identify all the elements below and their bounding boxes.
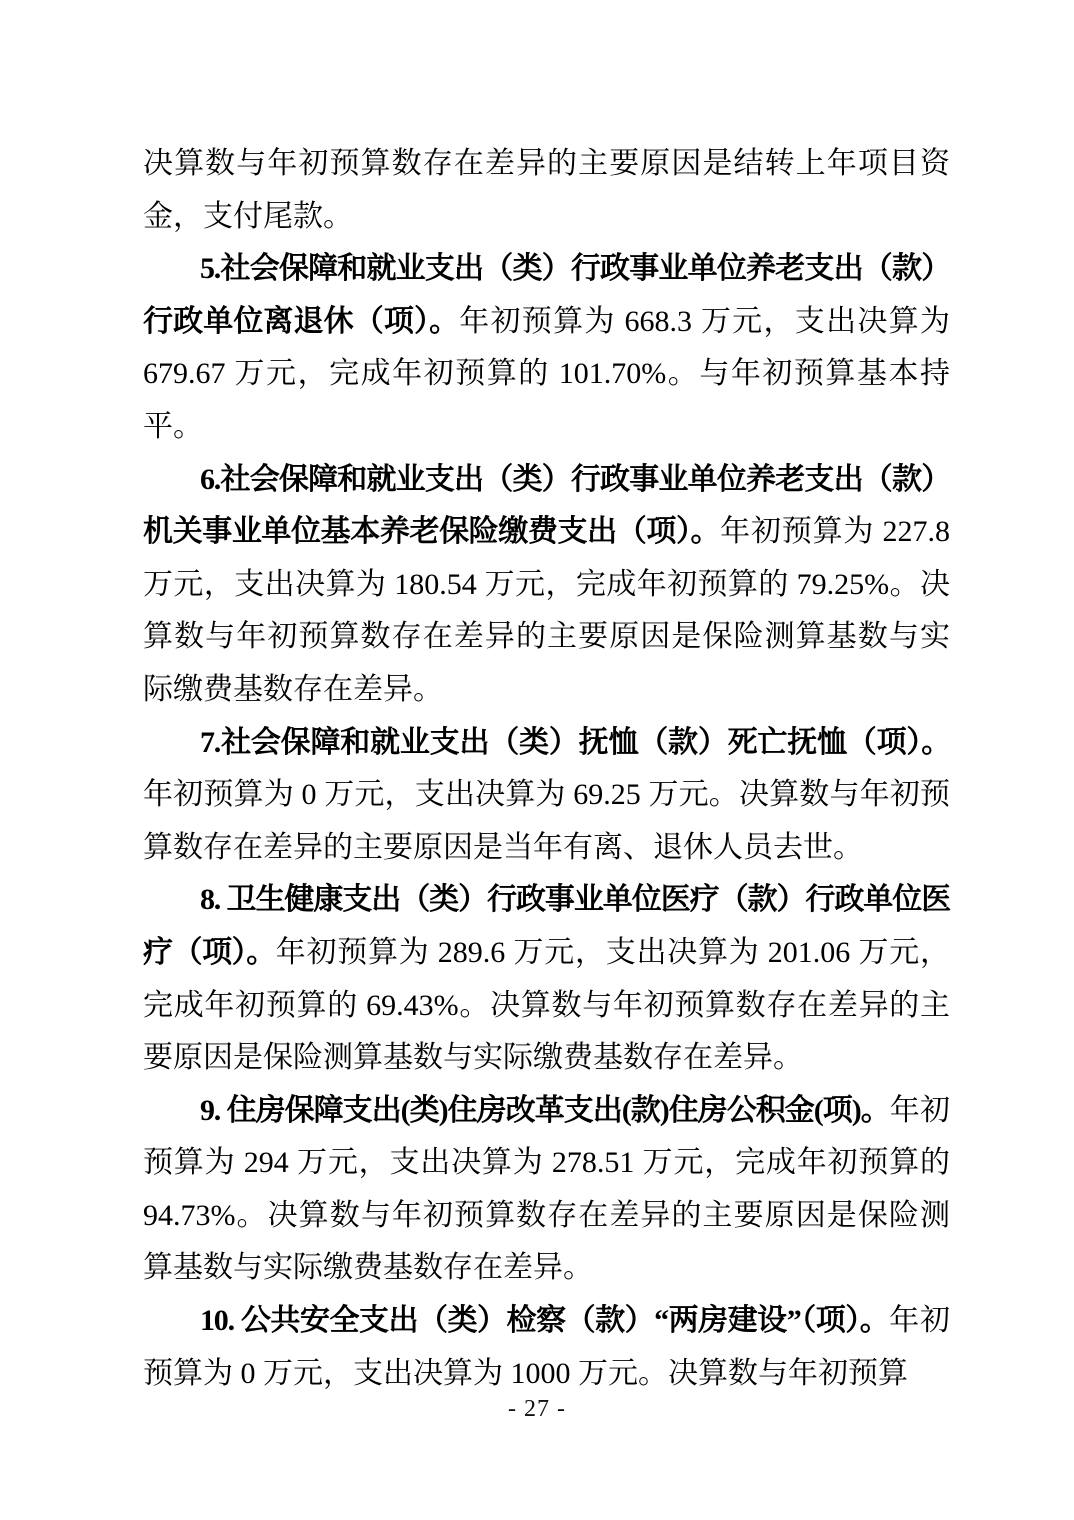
- paragraph-item-9: 9. 住房保障支出(类)住房改革支出(款)住房公积金(项)。年初预算为 294 …: [143, 1085, 950, 1295]
- paragraph-item-7: 7.社会保障和就业支出（类）抚恤（款）死亡抚恤（项）。年初预算为 0 万元，支出…: [143, 717, 950, 875]
- paragraph-item-10: 10. 公共安全支出（类）检察（款）“两房建设”（项）。年初预算为 0 万元，支…: [143, 1295, 950, 1400]
- section-heading-7: 7.社会保障和就业支出（类）抚恤（款）死亡抚恤（项）。: [200, 726, 950, 759]
- section-heading-10: 10. 公共安全支出（类）检察（款）“两房建设”（项）。: [200, 1304, 889, 1337]
- paragraph-item-8: 8. 卫生健康支出（类）行政事业单位医疗（款）行政单位医疗（项）。年初预算为 2…: [143, 874, 950, 1084]
- page-body-text: 决算数与年初预算数存在差异的主要原因是结转上年项目资金，支付尾款。 5.社会保障…: [143, 138, 950, 1400]
- document-page: 决算数与年初预算数存在差异的主要原因是结转上年项目资金，支付尾款。 5.社会保障…: [0, 0, 1074, 1520]
- page-number: - 27 -: [0, 1396, 1074, 1423]
- paragraph-item-6: 6.社会保障和就业支出（类）行政事业单位养老支出（款）机关事业单位基本养老保险缴…: [143, 454, 950, 717]
- paragraph-continuation: 决算数与年初预算数存在差异的主要原因是结转上年项目资金，支付尾款。: [143, 138, 950, 243]
- section-heading-9: 9. 住房保障支出(类)住房改革支出(款)住房公积金(项)。: [200, 1094, 890, 1127]
- section-body-7: 年初预算为 0 万元，支出决算为 69.25 万元。决算数与年初预算数存在差异的…: [143, 778, 950, 864]
- paragraph-body: 决算数与年初预算数存在差异的主要原因是结转上年项目资金，支付尾款。: [143, 147, 950, 233]
- paragraph-item-5: 5.社会保障和就业支出（类）行政事业单位养老支出（款）行政单位离退休（项）。年初…: [143, 243, 950, 453]
